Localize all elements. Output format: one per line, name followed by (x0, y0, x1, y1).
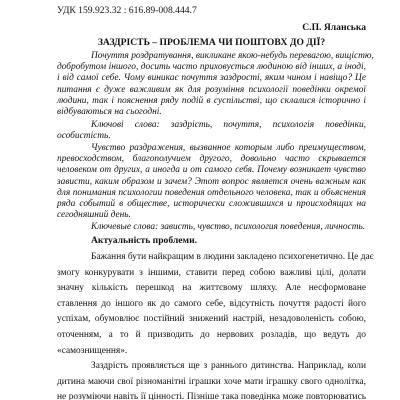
text-line: Чувство раздражения, вызванное которым л… (57, 143, 366, 154)
text-line: оточенням, а то й призводить до нервових… (57, 328, 366, 344)
text-line: ряда событий в обществе, исторически сло… (57, 199, 366, 210)
udk-code: УДК 159.923.32 : 616.89-008.444.7 (57, 5, 197, 16)
text-line: «самознищення». (57, 344, 366, 360)
text-line: ставлення до іншого як до самого себе, в… (57, 297, 366, 313)
text-line: людини, так і пояснення ряду подій в сус… (57, 96, 366, 107)
text-line: сегодняшний день. (57, 210, 366, 221)
text-line: Почуття роздратування, викликане якою-не… (57, 51, 366, 62)
text-line: питання є дуже важливим як для розуміння… (57, 85, 366, 96)
text-line: значну кількість перешкод на життєвому ш… (57, 281, 366, 297)
text-line: Ключевые слова: зависть, чувство, психол… (57, 222, 366, 233)
text-line: Бажання бути найкращим в людини закладен… (57, 250, 366, 266)
text-line: превосходством, благополучием другого, д… (57, 154, 366, 165)
text-line: особистість. (57, 131, 366, 142)
article-title: ЗАЗДРІСТЬ – ПРОБЛЕМА ЧИ ПОШТОВХ ДО ДІЇ? (57, 37, 366, 48)
text-line: не розуміючи навіть її цінності. Пізніше… (57, 390, 366, 400)
body-paragraph-1: Бажання бути найкращим в людини закладен… (57, 250, 366, 359)
text-line: відбуваються на сьогодні. (57, 107, 366, 118)
abstract-russian: Чувство раздражения, вызванное которым л… (57, 143, 366, 221)
keywords-russian: Ключевые слова: зависть, чувство, психол… (57, 222, 366, 233)
text-line: человеком от других, а иногда и от самог… (57, 165, 366, 176)
text-line: Ключові слова: заздрість, почуття, психо… (57, 120, 366, 131)
body-paragraph-2: Заздрість проявляється ще з раннього дит… (57, 359, 366, 400)
section-heading: Актуальність проблеми. (91, 235, 197, 246)
text-line: Заздрість проявляється ще з раннього дит… (57, 359, 366, 375)
text-line: успіхам, обумовлює постійний знижений на… (57, 312, 366, 328)
author-name: С.П. Яланська (302, 22, 366, 33)
keywords-ukrainian: Ключові слова: заздрість, почуття, психо… (57, 120, 366, 142)
text-line: змогу конкурувати з іншими, ставити пере… (57, 266, 366, 282)
abstract-ukrainian: Почуття роздратування, викликане якою-не… (57, 51, 366, 118)
text-line: зависти, каким образом и зачем? Этот воп… (57, 177, 366, 188)
text-line: для понимания психологии поведения отдел… (57, 188, 366, 199)
text-line: добробутом іншого, досить часто приховує… (57, 62, 366, 73)
text-line: дитина маючи свої різноманітні іграшки х… (57, 375, 366, 391)
text-line: і від самої себе. Чому виникає почуття з… (57, 73, 366, 84)
